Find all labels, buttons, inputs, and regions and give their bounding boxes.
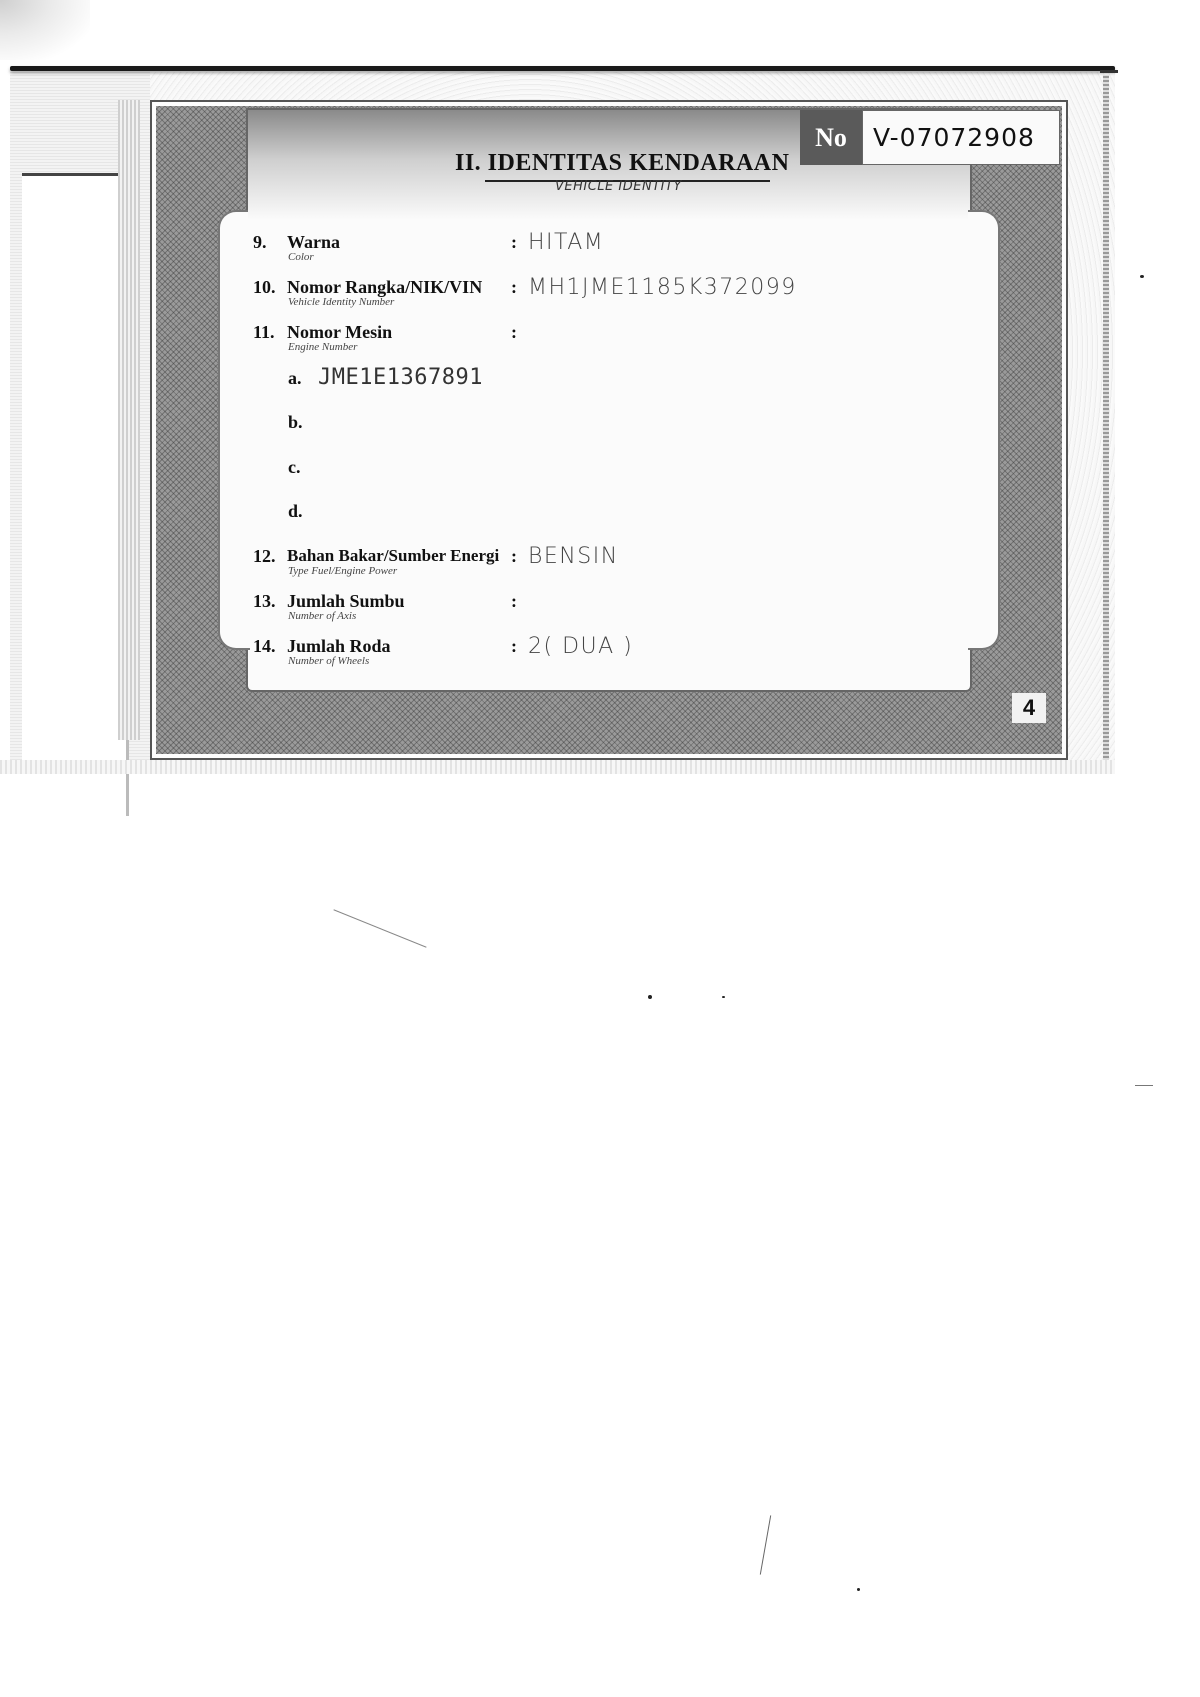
scan-shadow [0, 0, 90, 60]
field-label: Jumlah Sumbu [287, 591, 405, 612]
page-top-edge-tail [1100, 70, 1118, 73]
scan-speck [857, 1588, 860, 1591]
engine-number-letter: d. [288, 501, 303, 522]
document-number: V-07072908 [862, 110, 1060, 165]
field-label: Bahan Bakar/Sumber Energi [287, 546, 499, 566]
field-value: 2( DUA ) [528, 634, 633, 659]
field-sublabel: Number of Axis [288, 610, 356, 622]
field-colon: : [511, 322, 517, 343]
scan-streak [1135, 1085, 1153, 1086]
field-number: 13. [253, 591, 276, 612]
engine-number-value: JME1E1367891 [318, 365, 483, 390]
scan-speck [648, 995, 652, 999]
scan-streak [760, 1515, 771, 1574]
engine-number-letter: c. [288, 457, 301, 478]
page-bottom-edge [0, 760, 1115, 774]
field-sublabel: Color [288, 251, 314, 263]
scan-streak [333, 909, 426, 947]
field-label: Nomor Rangka/NIK/VIN [287, 277, 482, 298]
field-sublabel: Engine Number [288, 341, 357, 353]
field-number: 12. [253, 546, 276, 567]
field-label: Nomor Mesin [287, 322, 392, 343]
field-sublabel: Number of Wheels [288, 655, 369, 667]
field-sublabel: Vehicle Identity Number [288, 296, 394, 308]
field-colon: : [511, 591, 517, 612]
field-colon: : [511, 546, 517, 567]
field-colon: : [511, 232, 517, 253]
field-number: 9. [253, 232, 267, 253]
scan-speck [1140, 275, 1144, 278]
page-number: 4 [1012, 693, 1046, 723]
field-sublabel: Type Fuel/Engine Power [288, 565, 397, 577]
page-top-edge [10, 66, 1115, 71]
document-number-label: No [800, 110, 862, 165]
field-value: HITAM [528, 230, 604, 255]
section-title: II. IDENTITAS KENDARAAN [455, 150, 789, 177]
section-subtitle: VEHICLE IDENTITY [555, 179, 682, 194]
page-right-edge [1103, 75, 1109, 770]
binding-strip [118, 100, 140, 740]
engine-number-letter: b. [288, 412, 303, 433]
field-label: Jumlah Roda [287, 636, 391, 657]
field-colon: : [511, 277, 517, 298]
engine-number-letter: a. [288, 368, 302, 389]
field-value: BENSIN [528, 544, 619, 569]
field-value: MH1JME1185K372099 [528, 275, 797, 300]
left-page-blank [22, 173, 129, 816]
field-number: 10. [253, 277, 276, 298]
scan-speck [722, 996, 725, 998]
field-colon: : [511, 636, 517, 657]
field-number: 11. [253, 322, 275, 343]
field-label: Warna [287, 232, 340, 253]
field-number: 14. [253, 636, 276, 657]
